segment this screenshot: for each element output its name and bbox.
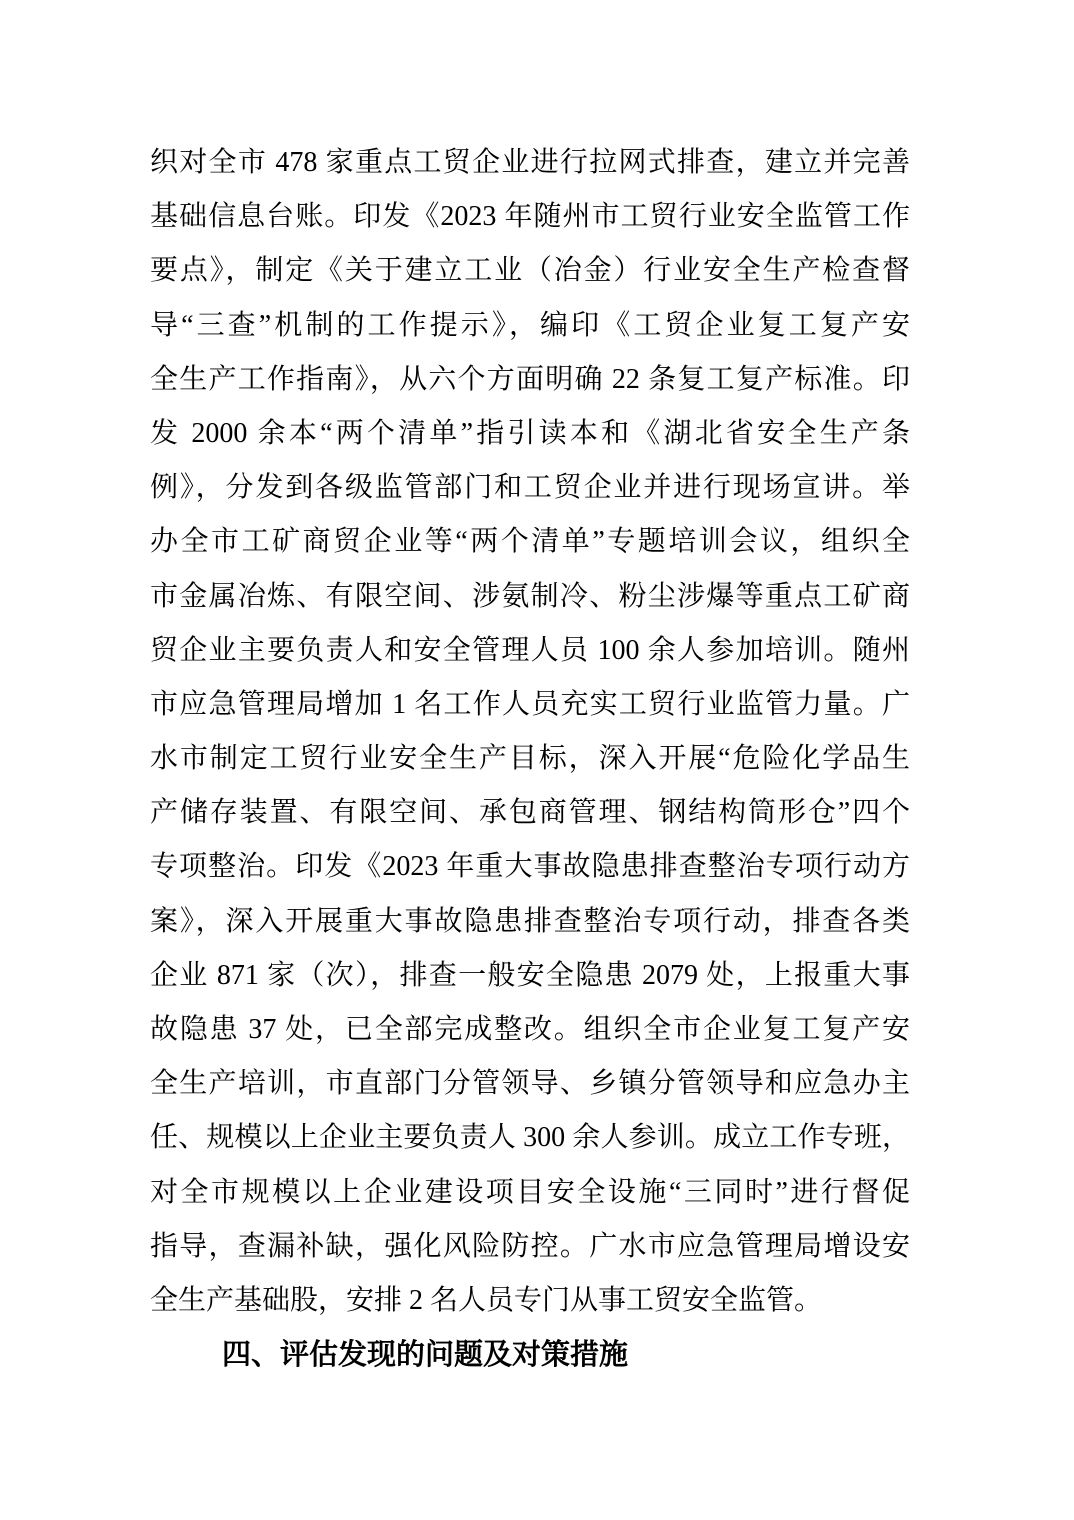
body-line: 专项整治。印发《2023 年重大事故隐患排查整治专项行动方: [150, 840, 910, 894]
body-line: 例》，分发到各级监管部门和工贸企业并进行现场宣讲。举: [150, 461, 910, 515]
body-line: 全生产基础股，安排 2 名人员专门从事工贸安全监管。: [150, 1274, 910, 1328]
body-line: 基础信息台账。印发《2023 年随州市工贸行业安全监管工作: [150, 190, 910, 244]
body-line: 任、规模以上企业主要负责人 300 余人参训。成立工作专班，: [150, 1111, 910, 1165]
body-line: 织对全市 478 家重点工贸企业进行拉网式排查，建立并完善: [150, 136, 910, 190]
body-line: 发 2000 余本“两个清单”指引读本和《湖北省安全生产条: [150, 407, 910, 461]
body-line: 要点》，制定《关于建立工业（冶金）行业安全生产检查督: [150, 244, 910, 298]
document-page: 织对全市 478 家重点工贸企业进行拉网式排查，建立并完善 基础信息台账。印发《…: [0, 0, 1074, 1520]
body-line: 市应急管理局增加 1 名工作人员充实工贸行业监管力量。广: [150, 678, 910, 732]
page-text: 织对全市 478 家重点工贸企业进行拉网式排查，建立并完善 基础信息台账。印发《…: [150, 136, 910, 1382]
section-heading: 四、评估发现的问题及对策措施: [150, 1328, 910, 1382]
body-line: 水市制定工贸行业安全生产目标，深入开展“危险化学品生: [150, 732, 910, 786]
body-line: 办全市工矿商贸企业等“两个清单”专题培训会议，组织全: [150, 515, 910, 569]
body-line: 市金属冶炼、有限空间、涉氨制冷、粉尘涉爆等重点工矿商: [150, 570, 910, 624]
body-line: 贸企业主要负责人和安全管理人员 100 余人参加培训。随州: [150, 624, 910, 678]
body-line: 案》，深入开展重大事故隐患排查整治专项行动，排查各类: [150, 895, 910, 949]
body-line: 产储存装置、有限空间、承包商管理、钢结构筒形仓”四个: [150, 786, 910, 840]
body-line: 指导，查漏补缺，强化风险防控。广水市应急管理局增设安: [150, 1220, 910, 1274]
body-line: 导“三查”机制的工作提示》，编印《工贸企业复工复产安: [150, 299, 910, 353]
body-line: 全生产培训，市直部门分管领导、乡镇分管领导和应急办主: [150, 1057, 910, 1111]
body-line: 全生产工作指南》，从六个方面明确 22 条复工复产标准。印: [150, 353, 910, 407]
body-line: 企业 871 家（次），排查一般安全隐患 2079 处，上报重大事: [150, 949, 910, 1003]
body-line: 故隐患 37 处，已全部完成整改。组织全市企业复工复产安: [150, 1003, 910, 1057]
body-line: 对全市规模以上企业建设项目安全设施“三同时”进行督促: [150, 1166, 910, 1220]
